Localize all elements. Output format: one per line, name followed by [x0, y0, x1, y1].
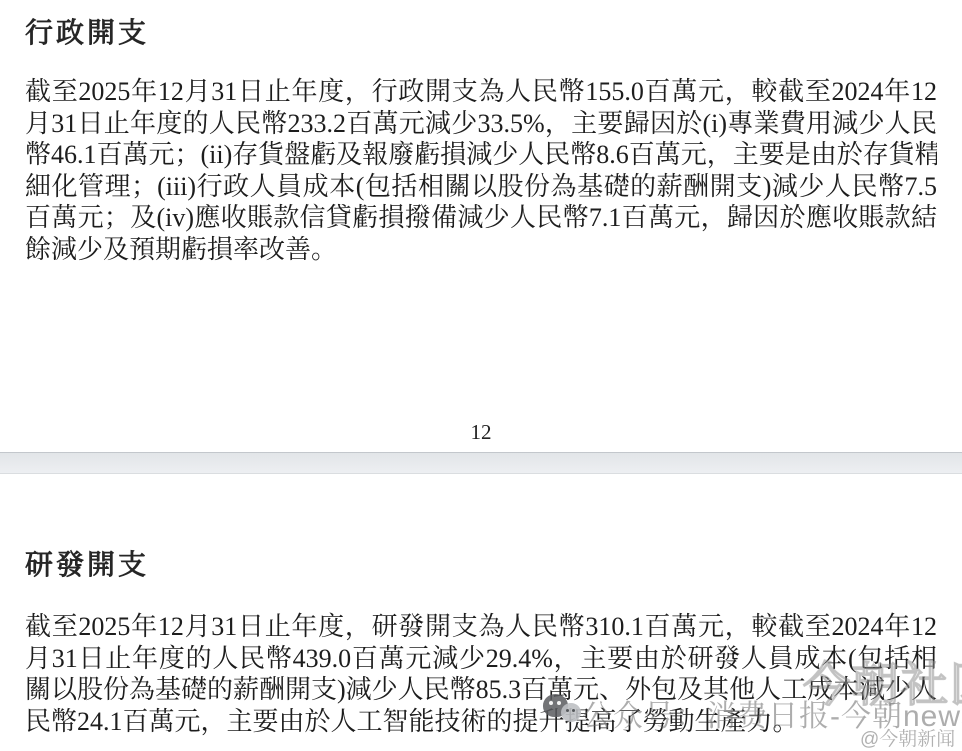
paragraph-line: 幣46.1百萬元；(ii)存貨盤虧及報廢虧損減少人民幣8.6百萬元，主要是由於存… [25, 139, 937, 171]
paragraph-line: 細化管理；(iii)行政人員成本(包括相關以股份為基礎的薪酬開支)減少人民幣7.… [25, 171, 937, 203]
paragraph-line: 餘減少及預期虧損率改善。 [25, 234, 937, 266]
paragraph-line: 截至2025年12月31日止年度，行政開支為人民幣155.0百萬元，較截至202… [25, 76, 937, 108]
page-separator [0, 452, 962, 474]
paragraph-line: 月31日止年度的人民幣439.0百萬元減少29.4%，主要由於研發人員成本(包括… [25, 643, 937, 675]
page-number: 12 [0, 420, 962, 445]
pdf-page-1: 行政開支 截至2025年12月31日止年度，行政開支為人民幣155.0百萬元，較… [0, 0, 962, 452]
document-viewport: 行政開支 截至2025年12月31日止年度，行政開支為人民幣155.0百萬元，較… [0, 0, 962, 751]
section-heading-rd-expenses: 研發開支 [25, 543, 149, 583]
paragraph-line: 月31日止年度的人民幣233.2百萬元減少33.5%，主要歸因於(i)專業費用減… [25, 108, 937, 140]
admin-expenses-paragraph: 截至2025年12月31日止年度，行政開支為人民幣155.0百萬元，較截至202… [25, 76, 937, 265]
paragraph-line: 關以股份為基礎的薪酬開支)減少人民幣85.3百萬元、外包及其他人工成本減少人 [25, 674, 937, 706]
rd-expenses-paragraph: 截至2025年12月31日止年度，研發開支為人民幣310.1百萬元，較截至202… [25, 611, 937, 737]
paragraph-line: 截至2025年12月31日止年度，研發開支為人民幣310.1百萬元，較截至202… [25, 611, 937, 643]
section-heading-administrative-expenses: 行政開支 [25, 11, 149, 51]
paragraph-line: 民幣24.1百萬元，主要由於人工智能技術的提升提高了勞動生產力。 [25, 706, 937, 738]
paragraph-line: 百萬元；及(iv)應收賬款信貸虧損撥備減少人民幣7.1百萬元，歸因於應收賬款結 [25, 202, 937, 234]
